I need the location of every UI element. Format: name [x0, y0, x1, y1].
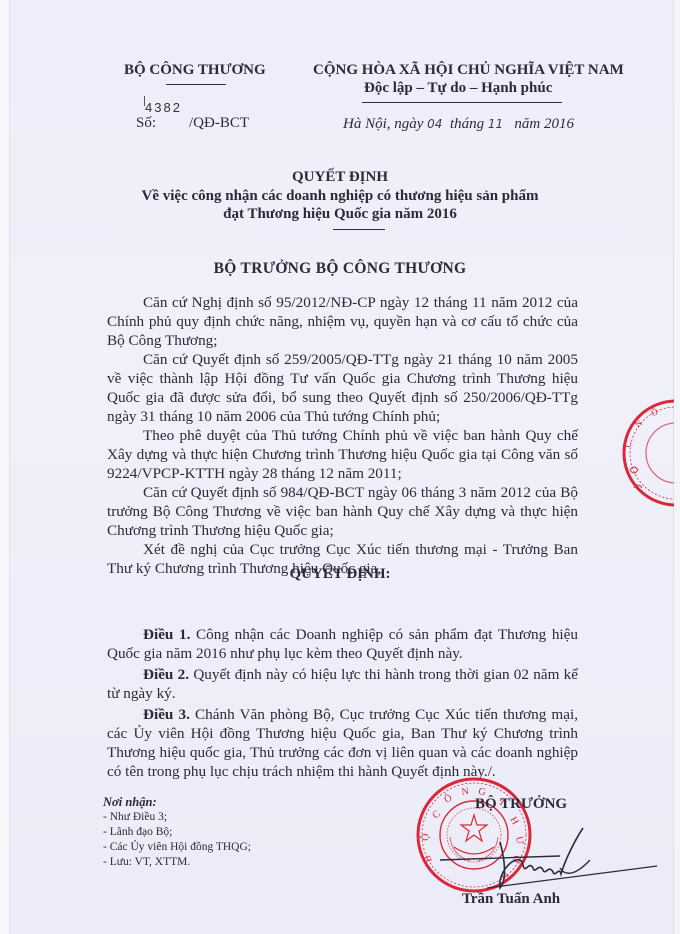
recipients-heading: Nơi nhận:: [103, 795, 251, 810]
decision-heading: QUYẾT ĐỊNH:: [0, 566, 680, 583]
document-number-label: Số:: [136, 115, 156, 132]
preamble-paragraph: Căn cứ Quyết định số 984/QĐ-BCT ngày 06 …: [107, 483, 578, 540]
scan-edge-left: [0, 0, 10, 934]
preamble: Căn cứ Nghị định số 95/2012/NĐ-CP ngày 1…: [107, 293, 578, 578]
handwritten-signature-icon: [425, 820, 680, 900]
svg-text:N: N: [461, 786, 470, 798]
scan-edge-right: [673, 0, 680, 934]
article-label: Điều 2.: [143, 666, 189, 683]
place-date: Hà Nội, ngày 04 tháng 11 năm 2016: [343, 116, 574, 133]
date-prefix: Hà Nội, ngày: [343, 116, 423, 132]
ministry-underline: [166, 84, 226, 85]
recipient-item: - Các Ủy viên Hội đồng THQG;: [103, 840, 251, 855]
signer-name: Trần Tuấn Anh: [462, 891, 560, 908]
recipients-block: Nơi nhận: - Như Điều 3; - Lãnh đạo Bộ; -…: [103, 795, 251, 870]
title-underline: [333, 229, 385, 230]
national-motto: Độc lập – Tự do – Hạnh phúc: [364, 80, 552, 97]
date-month-label: tháng: [450, 116, 484, 132]
issuing-authority: BỘ TRƯỞNG BỘ CÔNG THƯƠNG: [0, 260, 680, 278]
svg-text:Ô: Ô: [650, 406, 659, 417]
date-day: 04: [427, 117, 442, 131]
motto-underline: [362, 102, 562, 103]
republic-name: CỘNG HÒA XÃ HỘI CHỦ NGHĨA VIỆT NAM: [313, 62, 624, 79]
document-title: QUYẾT ĐỊNH: [0, 169, 680, 186]
recipient-item: - Lãnh đạo Bộ;: [103, 825, 251, 840]
document-subject-line-2: đạt Thương hiệu Quốc gia năm 2016: [0, 206, 680, 223]
date-month: 11: [488, 117, 503, 131]
svg-text:N: N: [633, 417, 645, 429]
decision-articles: Điều 1. Công nhận các Doanh nghiệp có sả…: [107, 625, 578, 781]
article-3: Điều 3. Chánh Văn phòng Bộ, Cục trưởng C…: [107, 705, 578, 781]
date-year: năm 2016: [514, 116, 574, 132]
preamble-paragraph: Căn cứ Nghị định số 95/2012/NĐ-CP ngày 1…: [107, 293, 578, 350]
article-2: Điều 2. Quyết định này có hiệu lực thi h…: [107, 665, 578, 703]
document-subject-line-1: Về việc công nhận các doanh nghiệp có th…: [0, 188, 680, 205]
page-seal-stamp-icon: N Ô C: [614, 398, 674, 508]
recipient-item: - Như Điều 3;: [103, 810, 251, 825]
document-number-suffix: /QĐ-BCT: [189, 115, 249, 132]
preamble-paragraph: Căn cứ Quyết định số 259/2005/QĐ-TTg ngà…: [107, 350, 578, 426]
signer-title: BỘ TRƯỞNG: [475, 796, 567, 813]
recipient-item: - Lưu: VT, XTTM.: [103, 855, 251, 870]
document-page: BỘ CÔNG THƯƠNG 4382 Số: /QĐ-BCT CỘNG HÒA…: [0, 0, 680, 934]
article-label: Điều 3.: [143, 706, 190, 723]
ministry-name: BỘ CÔNG THƯƠNG: [124, 62, 266, 79]
preamble-paragraph: Theo phê duyệt của Thủ tướng Chính phủ v…: [107, 426, 578, 483]
svg-text:Ô: Ô: [442, 792, 454, 806]
article-label: Điều 1.: [143, 626, 190, 643]
document-number-stamp: 4382: [145, 100, 182, 115]
article-1: Điều 1. Công nhận các Doanh nghiệp có sả…: [107, 625, 578, 663]
